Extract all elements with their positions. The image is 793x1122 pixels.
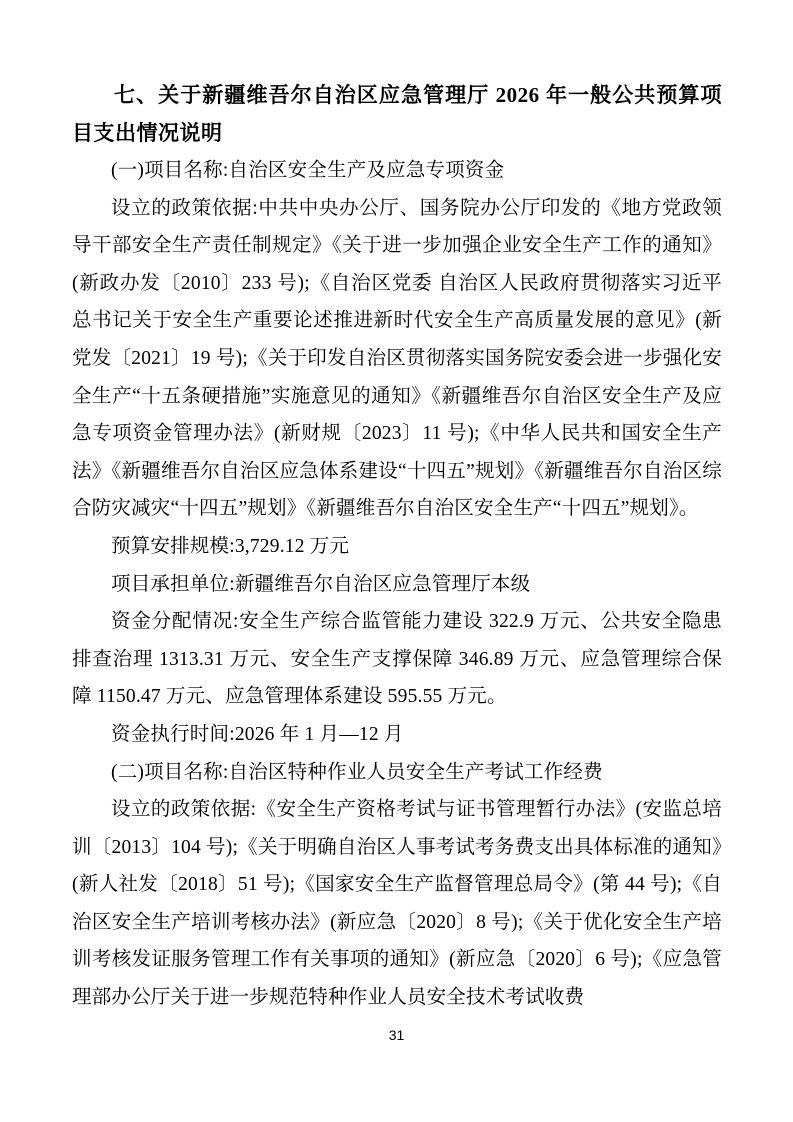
paragraph-project1-name: (一)项目名称:自治区安全生产及应急专项资金: [72, 152, 722, 190]
paragraph-project2-policy-basis: 设立的政策依据:《安全生产资格考试与证书管理暂行办法》(安监总培训〔2013〕1…: [72, 791, 722, 1017]
paragraph-project1-policy-basis: 设立的政策依据:中共中央办公厅、国务院办公厅印发的《地方党政领导干部安全生产责任…: [72, 190, 722, 528]
paragraph-project1-execution-period: 资金执行时间:2026 年 1 月—12 月: [72, 716, 722, 754]
document-title: 七、关于新疆维吾尔自治区应急管理厅 2026 年一般公共预算项目支出情况说明: [72, 76, 722, 152]
page-number: 31: [0, 1026, 793, 1044]
paragraph-project1-budget-scale: 预算安排规模:3,729.12 万元: [72, 528, 722, 566]
document-page: 七、关于新疆维吾尔自治区应急管理厅 2026 年一般公共预算项目支出情况说明 (…: [0, 0, 793, 1122]
paragraph-project2-name: (二)项目名称:自治区特种作业人员安全生产考试工作经费: [72, 754, 722, 792]
paragraph-project1-fund-allocation: 资金分配情况:安全生产综合监管能力建设 322.9 万元、公共安全隐患排查治理 …: [72, 603, 722, 716]
paragraph-project1-undertaking-unit: 项目承担单位:新疆维吾尔自治区应急管理厅本级: [72, 566, 722, 604]
